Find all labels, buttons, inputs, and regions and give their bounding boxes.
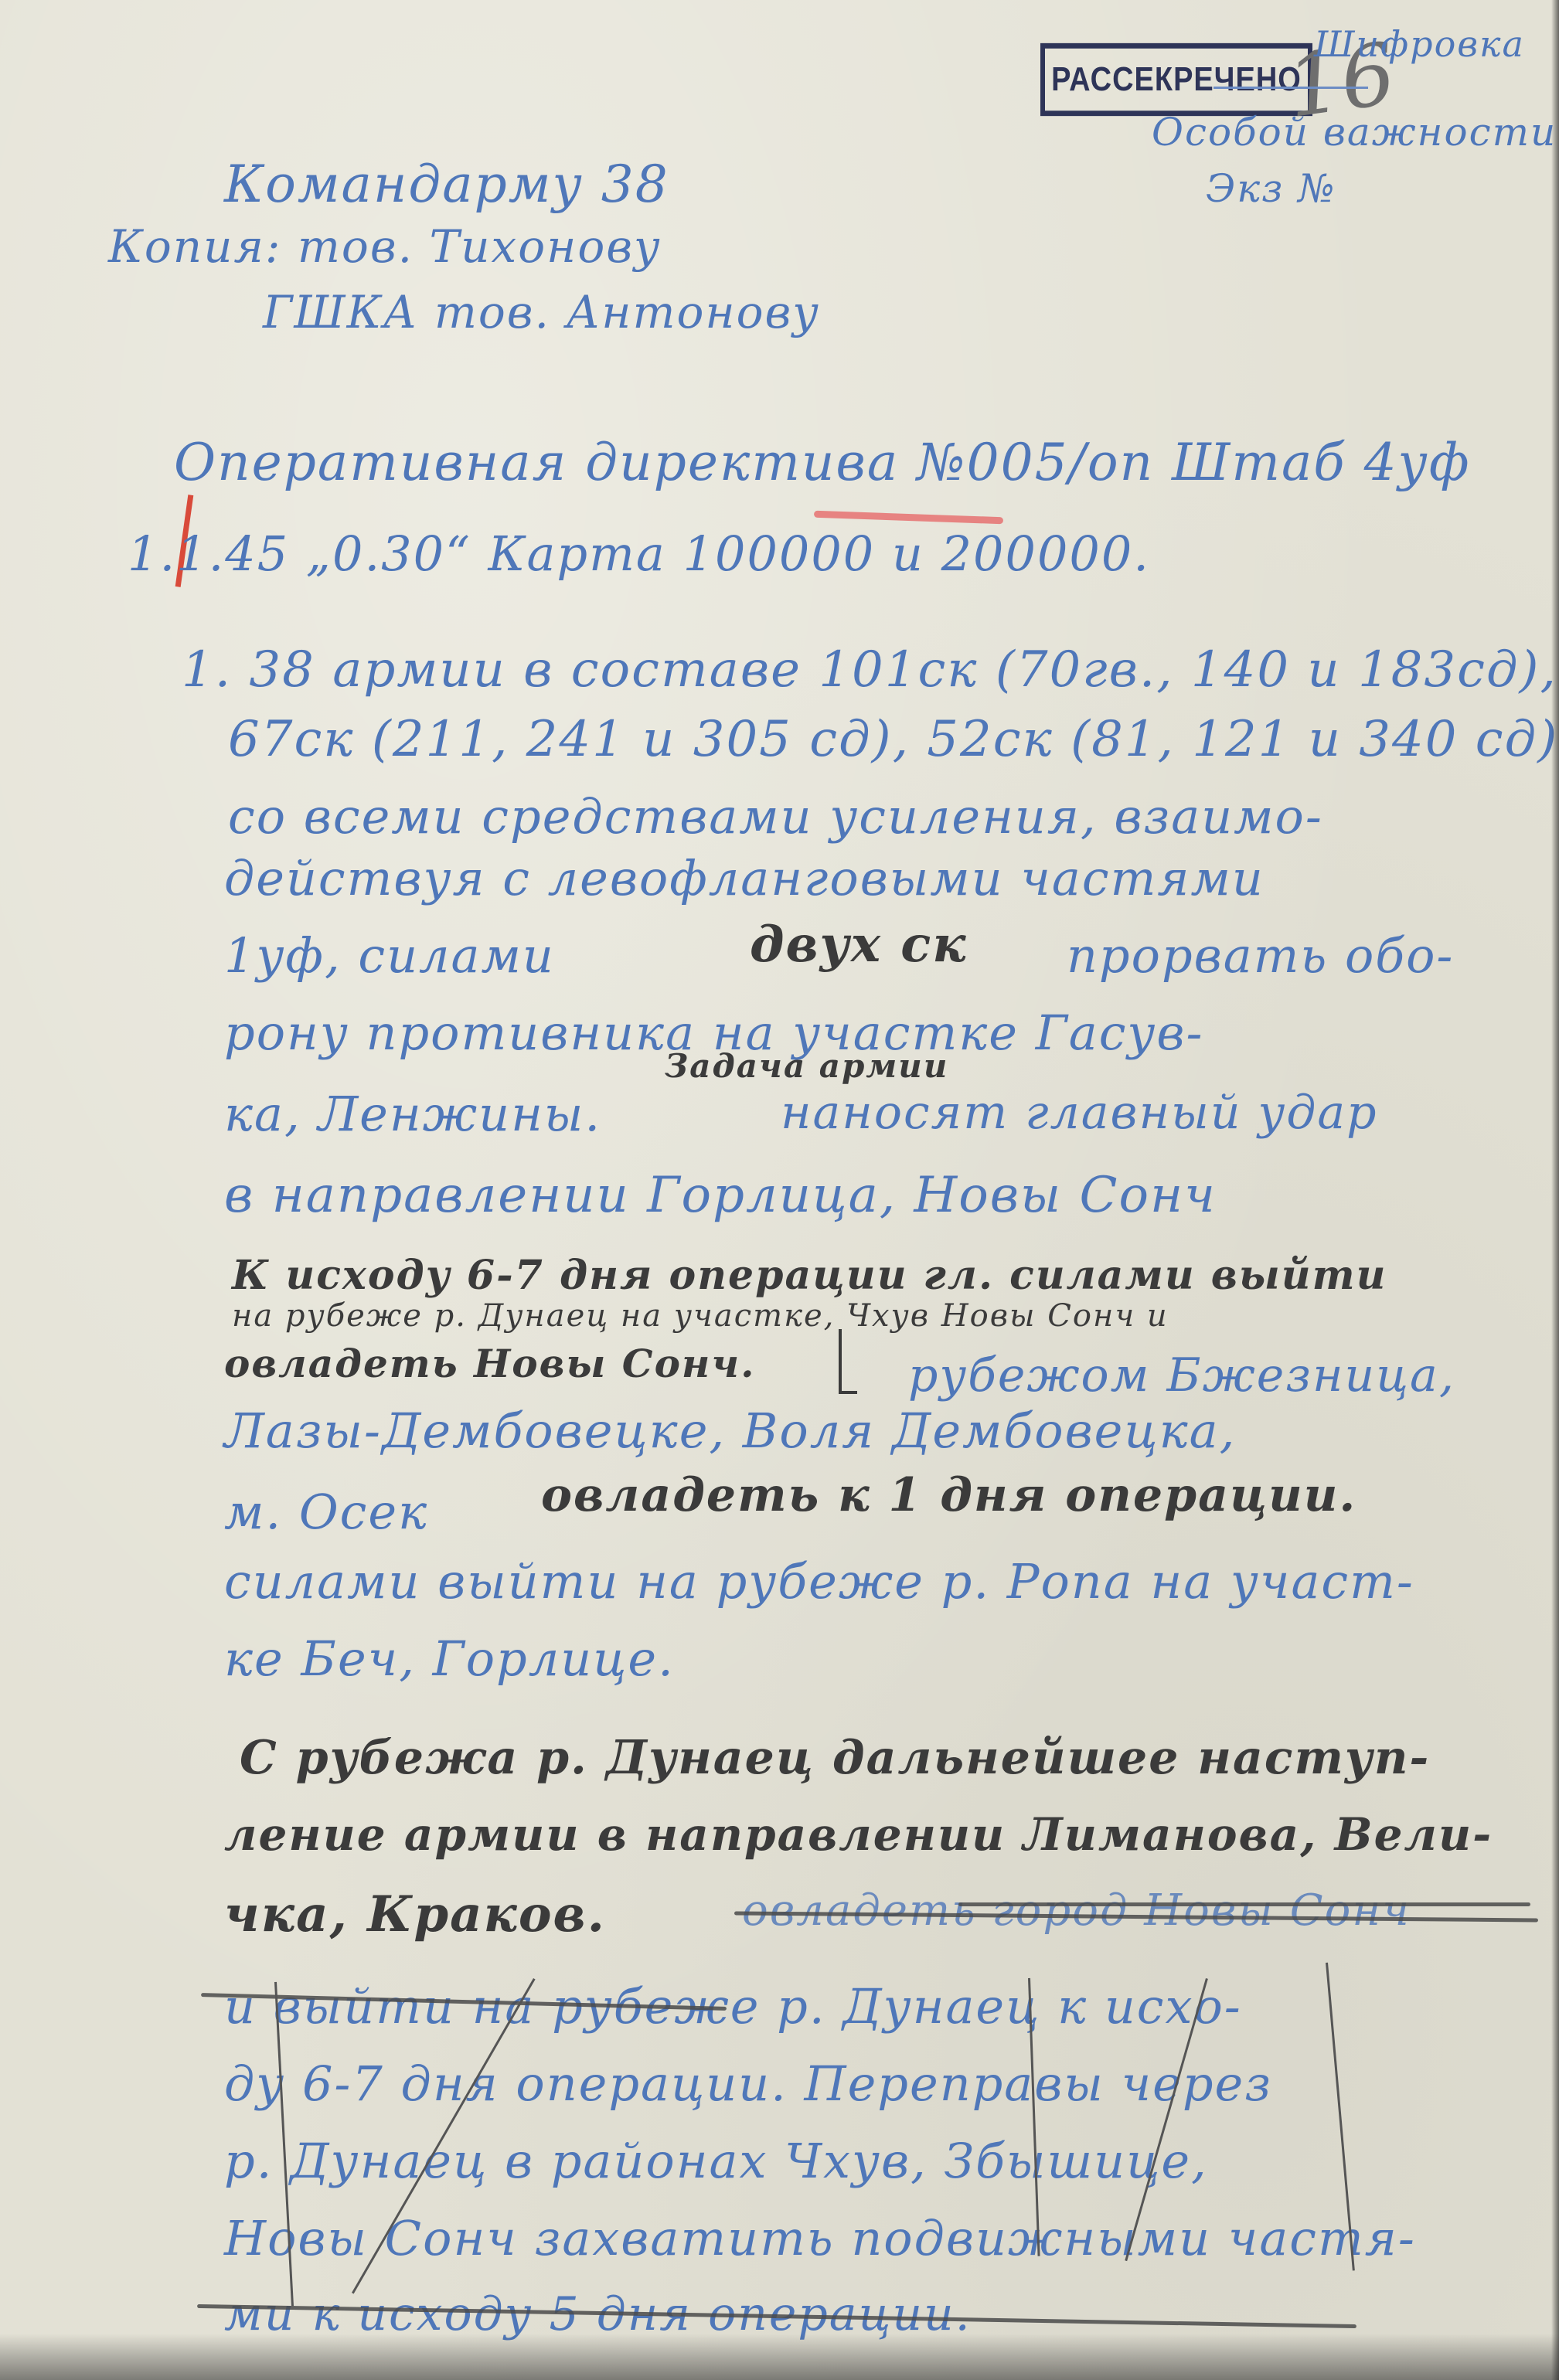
body-line-1: 1. 38 армии в составе 101ск (70гв., 140 … [182,641,1557,699]
body-line-10: Лазы-Дембовецке, Воля Дембовецка, [224,1402,1236,1459]
body-line-14: и выйти на рубеже р. Дунаец к исхо- [224,1978,1242,2035]
addressee: Командарму 38 [224,155,669,214]
page-bottom-shadow [0,2334,1559,2380]
body-line-16: р. Дунаец в районах Чхув, Збышице, [224,2133,1208,2189]
body-line-15: ду 6-7 дня операции. Переправы через [224,2055,1272,2112]
directive-title: Оперативная директива №005/оп Штаб 4уф [174,433,1471,492]
pencil-insert-line-3: овладеть Новы Сонч. [224,1341,756,1386]
classification-importance: Особой важности [1152,110,1557,155]
body-line-3: со всеми средствами усиления, взаимо- [228,788,1323,845]
classification-cipher: Шифровка [1314,23,1525,65]
body-line-8: в направлении Горлица, Новы Сонч [224,1167,1217,1224]
struck-text-1: овладеть город Новы Сонч [742,1885,1411,1936]
directive-date-map: 1.1.45 „0.30“ Карта 100000 и 200000. [128,525,1150,582]
pencil-insert-capture: овладеть к 1 дня операции. [541,1468,1356,1522]
pencil-insert-two-corps: двух ск [750,916,968,974]
pencil-line-2: ление армии в направлении Лиманова, Вели… [224,1808,1493,1861]
body-line-13: ке Беч, Горлице. [224,1630,675,1687]
copy-recipient-1: Копия: тов. Тихонову [108,220,662,273]
body-line-9: рубежом Бжезница, [908,1348,1455,1402]
body-line-2: 67ск (211, 241 и 305 сд), 52ск (81, 121 … [228,711,1558,768]
body-line-5b: прорвать обо- [1067,927,1454,984]
body-line-4: действуя с левофланговыми частями [224,850,1265,906]
pencil-insert-line-1: К исходу 6-7 дня операции гл. силами вый… [232,1252,1387,1299]
body-line-7b: наносят главный удар [781,1086,1378,1140]
insert-bracket [839,1329,857,1394]
pencil-line-3: чка, Краков. [224,1885,606,1943]
body-line-5a: 1уф, силами [224,927,555,984]
pencil-line-1: С рубежа р. Дунаец дальнейшее наступ- [240,1731,1430,1785]
body-line-7a: ка, Ленжины. [224,1086,601,1142]
copy-recipient-2: ГШКА тов. Антонову [263,286,820,338]
annotation-army-task: Задача армии [665,1047,948,1085]
classification-copy-number: Экз № [1206,166,1336,211]
body-line-17: Новы Сонч захватить подвижными частя- [224,2210,1416,2266]
page-right-edge [1551,0,1559,2380]
pencil-insert-line-2: на рубеже р. Дунаец на участке, Чхув Нов… [232,1298,1169,1334]
classification-underline [1214,87,1368,89]
body-line-12: силами выйти на рубеже р. Ропа на участ- [224,1553,1414,1610]
strikethrough-1b [958,1902,1530,1906]
declassified-stamp: РАССЕКРЕЧЕНО [1040,43,1312,116]
body-line-11a: м. Осек [224,1484,428,1540]
